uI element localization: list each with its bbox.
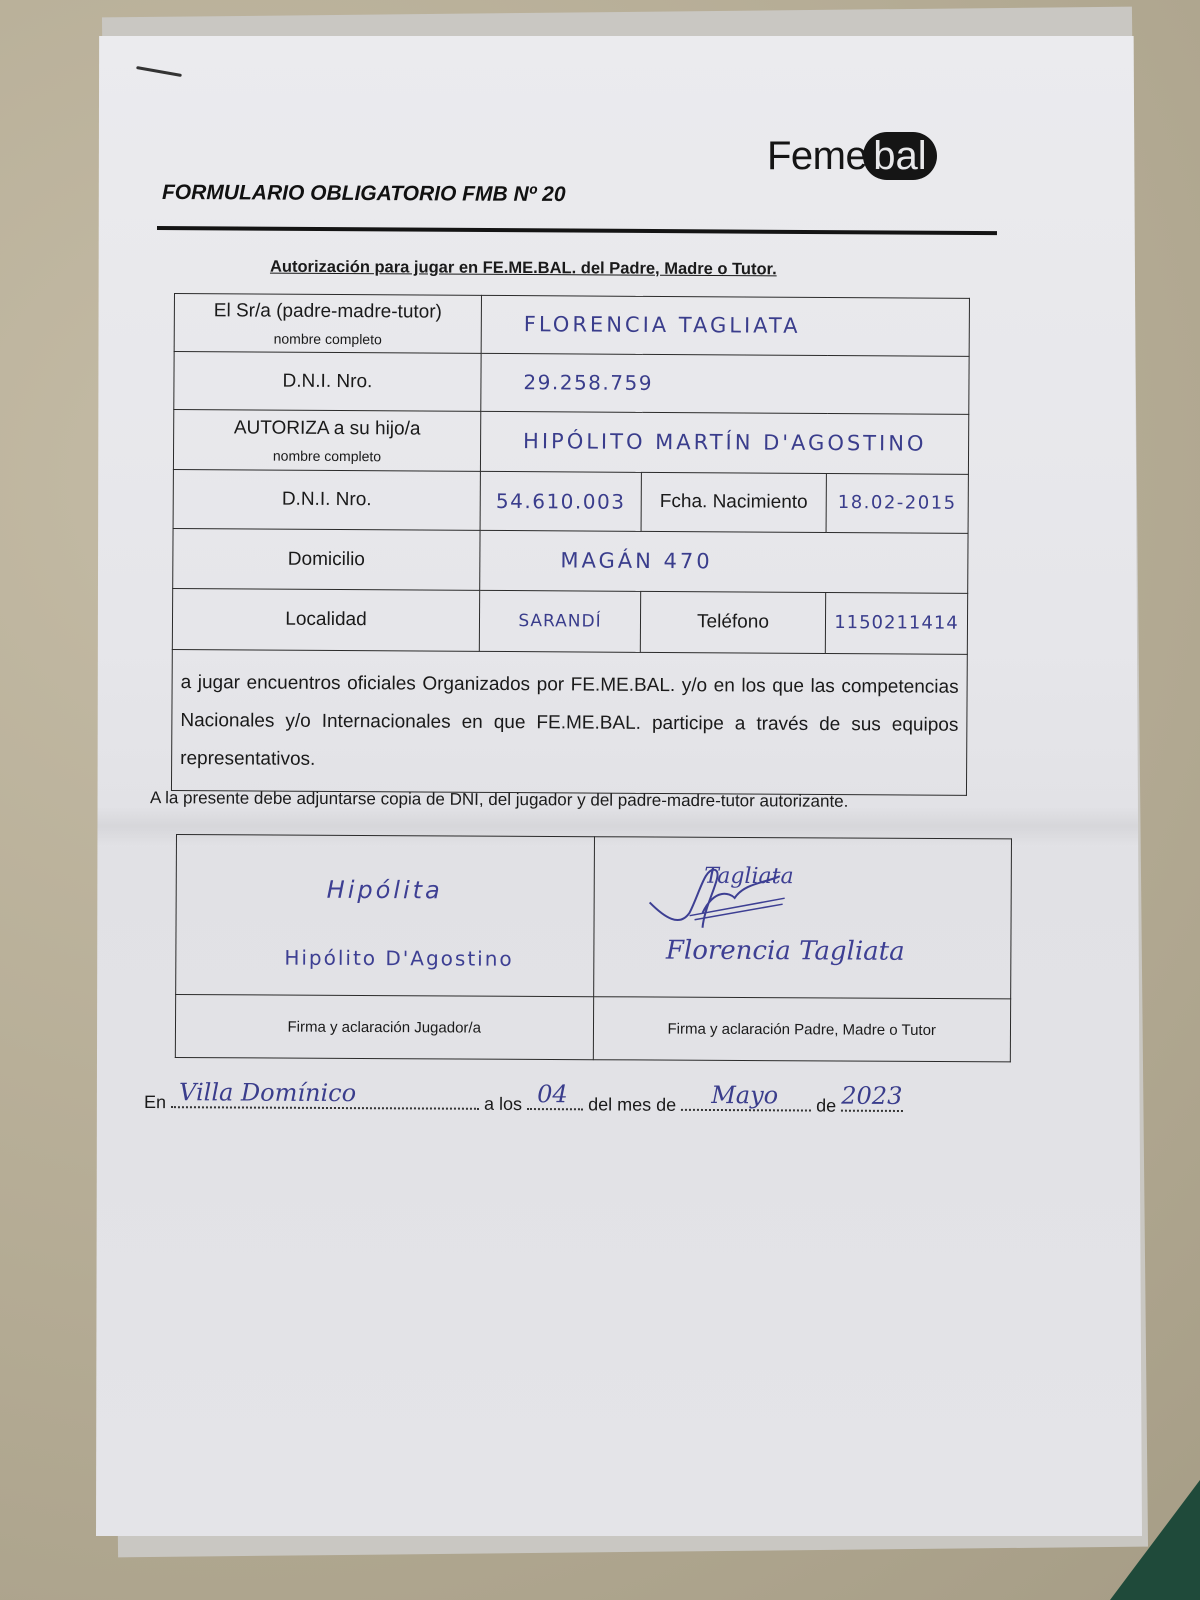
table-row: D.N.I. Nro. 29.258.759 [174,352,969,415]
birth-date-field[interactable]: 18.02-2015 [826,473,968,533]
table-row: Hipólita Hipólito D'Agostino Tagliata Fl… [176,835,1012,999]
address-label: Domicilio [173,528,480,590]
label-text: AUTORIZA a su hijo/a [234,417,421,439]
form-subtitle: Autorización para jugar en FE.ME.BAL. de… [270,258,777,280]
month-field[interactable]: Mayo [681,1091,811,1112]
parent-signature-caption: Firma y aclaración Padre, Madre o Tutor [593,997,1011,1062]
day-value: 04 [537,1080,568,1108]
birth-date-label: Fcha. Nacimiento [641,472,826,532]
child-name-value: Hipólito Martín D'Agostino [523,429,927,455]
table-row: Localidad Sarandí Teléfono 1150211414 [172,588,967,654]
birth-date-value: 18.02-2015 [838,492,957,514]
month-value: Mayo [711,1081,778,1109]
locality-value: Sarandí [518,611,601,632]
signature-table: Hipólita Hipólito D'Agostino Tagliata Fl… [175,834,1012,1062]
date-place-line: En Villa Domínico a los 04 del mes de Ma… [144,1088,903,1117]
femebal-logo: Feme bal [767,128,937,184]
address-value: Magán 470 [560,548,712,573]
parent-name-label: El Sr/a (padre-madre-tutor) nombre compl… [174,294,481,354]
label-subtext: nombre completo [176,330,480,348]
parent-dni-label: D.N.I. Nro. [174,352,481,412]
authorization-text: a jugar encuentros oficiales Organizados… [171,649,967,795]
table-row: Firma y aclaración Jugador/a Firma y acl… [175,995,1010,1062]
parent-clarification: Florencia Tagliata [666,936,905,967]
year-field[interactable]: 2023 [841,1092,903,1112]
child-name-field[interactable]: Hipólito Martín D'Agostino [480,411,968,474]
phone-label: Teléfono [640,591,825,653]
authorization-table: El Sr/a (padre-madre-tutor) nombre compl… [171,293,970,796]
place-field[interactable]: Villa Domínico [171,1088,479,1110]
phone-field[interactable]: 1150211414 [825,592,967,654]
parent-dni-value: 29.258.759 [523,370,653,395]
player-signature-caption: Firma y aclaración Jugador/a [175,995,593,1060]
label-subtext: nombre completo [175,447,479,465]
year-value: 2023 [841,1082,902,1110]
locality-label: Localidad [172,588,479,651]
parent-dni-field[interactable]: 29.258.759 [481,353,969,414]
date-prefix: En [144,1092,166,1112]
child-dni-value: 54.610.003 [496,488,626,513]
day-field[interactable]: 04 [527,1090,583,1110]
player-signature: Hipólita [327,876,443,905]
locality-field[interactable]: Sarandí [479,590,640,652]
child-dni-label: D.N.I. Nro. [173,469,480,530]
table-row: AUTORIZA a su hijo/a nombre completo Hip… [173,410,968,475]
logo-text: Feme [767,134,867,179]
year-prefix: de [816,1096,836,1116]
table-row: Domicilio Magán 470 [173,528,968,593]
address-field[interactable]: Magán 470 [480,530,968,593]
player-clarification: Hipólito D'Agostino [284,946,513,971]
form-title: FORMULARIO OBLIGATORIO FMB Nº 20 [162,181,566,207]
label-text: El Sr/a (padre-madre-tutor) [214,300,442,322]
day-prefix: a los [484,1094,522,1114]
phone-value: 1150211414 [834,612,959,634]
table-row: a jugar encuentros oficiales Organizados… [171,649,967,795]
player-signature-box[interactable]: Hipólita Hipólito D'Agostino [176,835,594,997]
child-name-label: AUTORIZA a su hijo/a nombre completo [173,410,480,472]
attachment-note: A la presente debe adjuntarse copia de D… [150,788,848,812]
month-prefix: del mes de [588,1094,676,1114]
table-row: D.N.I. Nro. 54.610.003 Fcha. Nacimiento … [173,469,968,533]
parent-name-value: Florencia Tagliata [524,312,801,338]
parent-name-field[interactable]: Florencia Tagliata [481,295,969,356]
table-row: El Sr/a (padre-madre-tutor) nombre compl… [174,294,969,357]
parent-signature-box[interactable]: Tagliata Florencia Tagliata [593,837,1011,999]
child-dni-field[interactable]: 54.610.003 [480,471,641,531]
logo-badge: bal [863,132,936,180]
parent-signature: Tagliata [704,864,793,889]
place-value: Villa Domínico [179,1078,356,1107]
